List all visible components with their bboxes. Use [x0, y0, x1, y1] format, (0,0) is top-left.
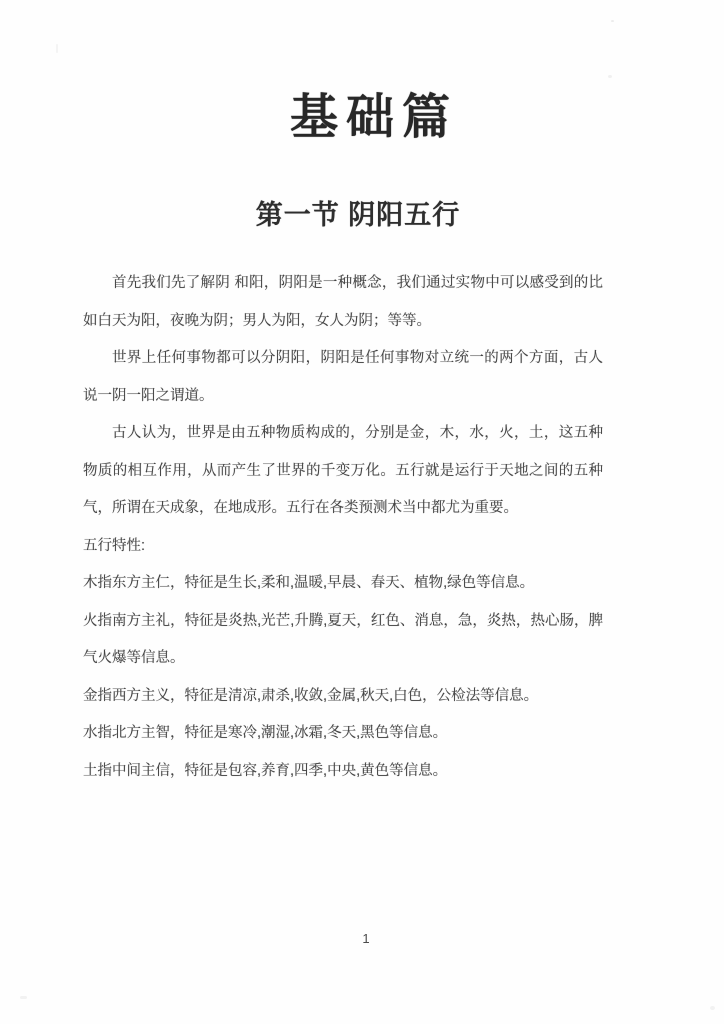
wuxing-item-metal: 金指西方主义，特征是清凉,肃杀,收敛,金属,秋天,白色，公检法等信息。	[83, 678, 603, 716]
body-text: 首先我们先了解阴 和阳，阴阳是一种概念，我们通过实物中可以感受到的比如白天为阳，…	[83, 265, 603, 790]
scan-speck	[608, 75, 612, 78]
scan-speck	[56, 44, 58, 53]
paragraph: 古人认为，世界是由五种物质构成的，分别是金，木，水，火，土，这五种物质的相互作用…	[83, 415, 603, 528]
wuxing-item-water: 水指北方主智，特征是寒冷,潮湿,冰霜,冬天,黑色等信息。	[83, 715, 603, 753]
scan-speck	[611, 20, 614, 22]
scanned-page: 基础篇 第一节 阴阳五行 首先我们先了解阴 和阳，阴阳是一种概念，我们通过实物中…	[0, 0, 724, 1024]
wuxing-item-fire: 火指南方主礼，特征是炎热,光芒,升腾,夏天，红色、消息，急，炎热，热心肠，脾气火…	[83, 603, 603, 678]
scan-speck	[20, 996, 27, 999]
document-title: 基础篇	[12, 93, 724, 143]
paragraph: 世界上任何事物都可以分阴阳，阴阳是任何事物对立统一的两个方面，古人说一阴一阳之谓…	[83, 340, 603, 415]
page-number: 1	[4, 931, 724, 947]
list-heading: 五行特性:	[83, 528, 603, 566]
paragraph: 首先我们先了解阴 和阳，阴阳是一种概念，我们通过实物中可以感受到的比如白天为阳，…	[83, 265, 603, 340]
wuxing-item-earth: 土指中间主信，特征是包容,养育,四季,中央,黄色等信息。	[83, 753, 603, 791]
wuxing-item-wood: 木指东方主仁，特征是生长,柔和,温暖,早晨、春天、植物,绿色等信息。	[83, 565, 603, 603]
section-heading: 第一节 阴阳五行	[0, 199, 720, 231]
scan-speck	[710, 1006, 715, 1010]
